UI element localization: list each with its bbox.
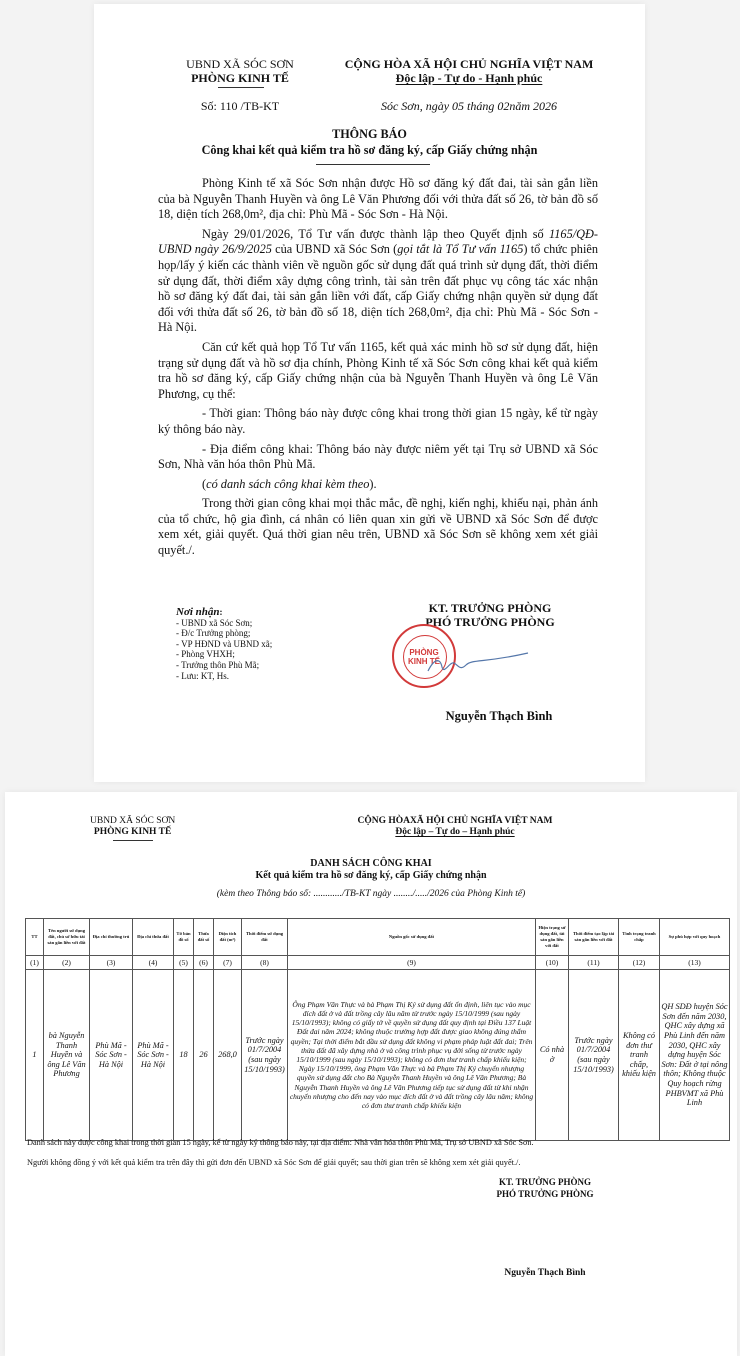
cell-dispute-status: Không có đơn thư tranh chấp, khiếu kiện: [619, 970, 660, 1141]
column-header: Diện tích đất (m²): [214, 919, 242, 956]
nation-name: CỘNG HÒA XÃ HỘI CHỦ NGHĨA VIỆT NAM: [340, 57, 598, 71]
column-number-row: (1) (2) (3) (4) (5) (6) (7) (8) (9) (10)…: [26, 956, 730, 970]
column-number: (12): [619, 956, 660, 970]
list-issuer-department: PHÒNG KINH TẾ: [90, 827, 175, 838]
notice-page: UBND XÃ SÓC SƠN PHÒNG KINH TẾ Số: 110 /T…: [94, 4, 645, 782]
column-header: Địa chỉ thửa đất: [133, 919, 174, 956]
recipient-item: - UBND xã Sóc Sơn;: [176, 618, 272, 629]
list-footnote-duration: Danh sách này được công khai trong thời …: [27, 1138, 534, 1148]
list-title: DANH SÁCH CÔNG KHAI: [5, 858, 737, 870]
column-number: (6): [194, 956, 214, 970]
signer-name: Nguyễn Thạch Bình: [424, 709, 574, 724]
column-number: (9): [288, 956, 536, 970]
column-number: (1): [26, 956, 44, 970]
column-number: (8): [242, 956, 288, 970]
recipient-item: - Phòng VHXH;: [176, 649, 272, 660]
column-number: (13): [660, 956, 730, 970]
paragraph-attachment-note: (có danh sách công khai kèm theo).: [158, 477, 598, 493]
list-subtitle: Kết quả kiểm tra hồ sơ đăng ký, cấp Giấy…: [5, 870, 737, 882]
paragraph-advisory-team: Ngày 29/01/2026, Tổ Tư vấn được thành lậ…: [158, 227, 598, 336]
issuer-block: UBND XÃ SÓC SƠN PHÒNG KINH TẾ: [180, 57, 300, 85]
column-header: Tên người sử dụng đất, chủ sở hữu tài sả…: [44, 919, 90, 956]
recipients-block: Nơi nhận: - UBND xã Sóc Sơn; - Đ/c Trưởn…: [176, 607, 272, 681]
column-header: Hiện trạng sử dụng đất, tài sản gắn liền…: [536, 919, 569, 956]
list-signature-line-1: KT. TRƯỞNG PHÒNG: [455, 1176, 635, 1188]
column-header: Tờ bản đồ số: [174, 919, 194, 956]
column-number: (4): [133, 956, 174, 970]
cell-map-sheet: 18: [174, 970, 194, 1141]
column-header: Nguồn gốc sử dụng đất: [288, 919, 536, 956]
list-issuer-block: UBND XÃ SÓC SƠN PHÒNG KINH TẾ: [90, 816, 175, 838]
issuer-org: UBND XÃ SÓC SƠN: [180, 57, 300, 71]
table-header-row: TT Tên người sử dụng đất, chủ sở hữu tài…: [26, 919, 730, 956]
column-header: TT: [26, 919, 44, 956]
recipient-item: - Lưu: KT, Hs.: [176, 671, 272, 682]
column-number: (10): [536, 956, 569, 970]
column-number: (7): [214, 956, 242, 970]
recipient-item: - Đ/c Trưởng phòng;: [176, 628, 272, 639]
cell-parcel-number: 26: [194, 970, 214, 1141]
document-number: Số: 110 /TB-KT: [180, 99, 300, 113]
cell-area: 268,0: [214, 970, 242, 1141]
column-number: (11): [569, 956, 619, 970]
paragraph-location: - Địa điểm công khai: Thông báo này được…: [158, 442, 598, 473]
column-header: Tình trạng tranh chấp: [619, 919, 660, 956]
list-nation-block: CỘNG HÒAXÃ HỘI CHỦ NGHĨA VIỆT NAM Độc lậ…: [305, 816, 605, 838]
list-footnote-complaints: Người không đồng ý với kết quả kiểm tra …: [27, 1158, 520, 1168]
place-and-date: Sóc Sơn, ngày 05 tháng 02năm 2026: [340, 99, 598, 113]
issuer-underline: [218, 87, 264, 88]
list-nation-name: CỘNG HÒAXÃ HỘI CHỦ NGHĨA VIỆT NAM: [305, 816, 605, 827]
list-national-motto: Độc lập – Tự do – Hạnh phúc: [305, 827, 605, 838]
handwritten-signature-icon: [424, 649, 534, 679]
title-divider: [316, 164, 430, 165]
recipient-item: - Trưởng thôn Phù Mã;: [176, 660, 272, 671]
paragraph-complaints: Trong thời gian công khai mọi thắc mắc, …: [158, 496, 598, 558]
public-list-table: TT Tên người sử dụng đất, chủ sở hữu tài…: [25, 918, 730, 1141]
national-motto: Độc lập - Tự do - Hạnh phúc: [340, 71, 598, 85]
column-header: Thời điểm sử dụng đất: [242, 919, 288, 956]
recipient-item: - VP HĐND và UBND xã;: [176, 639, 272, 650]
cell-asset-created: Trước ngày 01/7/2004 (sau ngày 15/10/199…: [569, 970, 619, 1141]
column-number: (2): [44, 956, 90, 970]
cell-land-origin: Ông Phạm Văn Thực và bà Phạm Thị Ký sử d…: [288, 970, 536, 1141]
paragraph-receipt: Phòng Kinh tế xã Sóc Sơn nhận được Hồ sơ…: [158, 176, 598, 223]
notice-subtitle: Công khai kết quả kiểm tra hồ sơ đăng ký…: [94, 143, 645, 158]
paragraph-basis: Căn cứ kết quả họp Tổ Tư vấn 1165, kết q…: [158, 340, 598, 402]
list-attached-note: (kèm theo Thông báo số: ............/TB-…: [5, 888, 737, 900]
cell-owner-name: bà Nguyễn Thanh Huyền và ông Lê Văn Phươ…: [44, 970, 90, 1141]
cell-parcel-address: Phù Mã - Sóc Sơn - Hà Nội: [133, 970, 174, 1141]
column-header: Thời điểm tạo lập tài sản gắn liền với đ…: [569, 919, 619, 956]
table-row: 1 bà Nguyễn Thanh Huyền và ông Lê Văn Ph…: [26, 970, 730, 1141]
recipients-label: Nơi nhận:: [176, 607, 272, 618]
cell-usage-start: Trước ngày 01/7/2004 (sau ngày 15/10/199…: [242, 970, 288, 1141]
nation-block: CỘNG HÒA XÃ HỘI CHỦ NGHĨA VIỆT NAM Độc l…: [340, 57, 598, 85]
cell-planning-compliance: QH SDĐ huyện Sóc Sơn đến năm 2030, QHC x…: [660, 970, 730, 1141]
cell-current-status: Có nhà ở: [536, 970, 569, 1141]
notice-title: THÔNG BÁO: [94, 127, 645, 142]
issuer-department: PHÒNG KINH TẾ: [180, 71, 300, 85]
list-signature-title: KT. TRƯỞNG PHÒNG PHÓ TRƯỞNG PHÒNG: [455, 1176, 635, 1200]
column-number: (5): [174, 956, 194, 970]
cell-index: 1: [26, 970, 44, 1141]
notice-body: Phòng Kinh tế xã Sóc Sơn nhận được Hồ sơ…: [158, 176, 598, 563]
paragraph-duration: - Thời gian: Thông báo này được công kha…: [158, 406, 598, 437]
list-issuer-org: UBND XÃ SÓC SƠN: [90, 816, 175, 827]
column-header: Thửa đất số: [194, 919, 214, 956]
column-header: Địa chỉ thường trú: [90, 919, 133, 956]
list-issuer-underline: [113, 840, 153, 841]
column-number: (3): [90, 956, 133, 970]
column-header: Sự phù hợp với quy hoạch: [660, 919, 730, 956]
cell-residence-address: Phù Mã - Sóc Sơn - Hà Nội: [90, 970, 133, 1141]
list-signature-line-2: PHÓ TRƯỞNG PHÒNG: [455, 1188, 635, 1200]
signature-line-1: KT. TRƯỞNG PHÒNG: [390, 601, 590, 615]
list-signer-name: Nguyễn Thạch Bình: [455, 1268, 635, 1278]
